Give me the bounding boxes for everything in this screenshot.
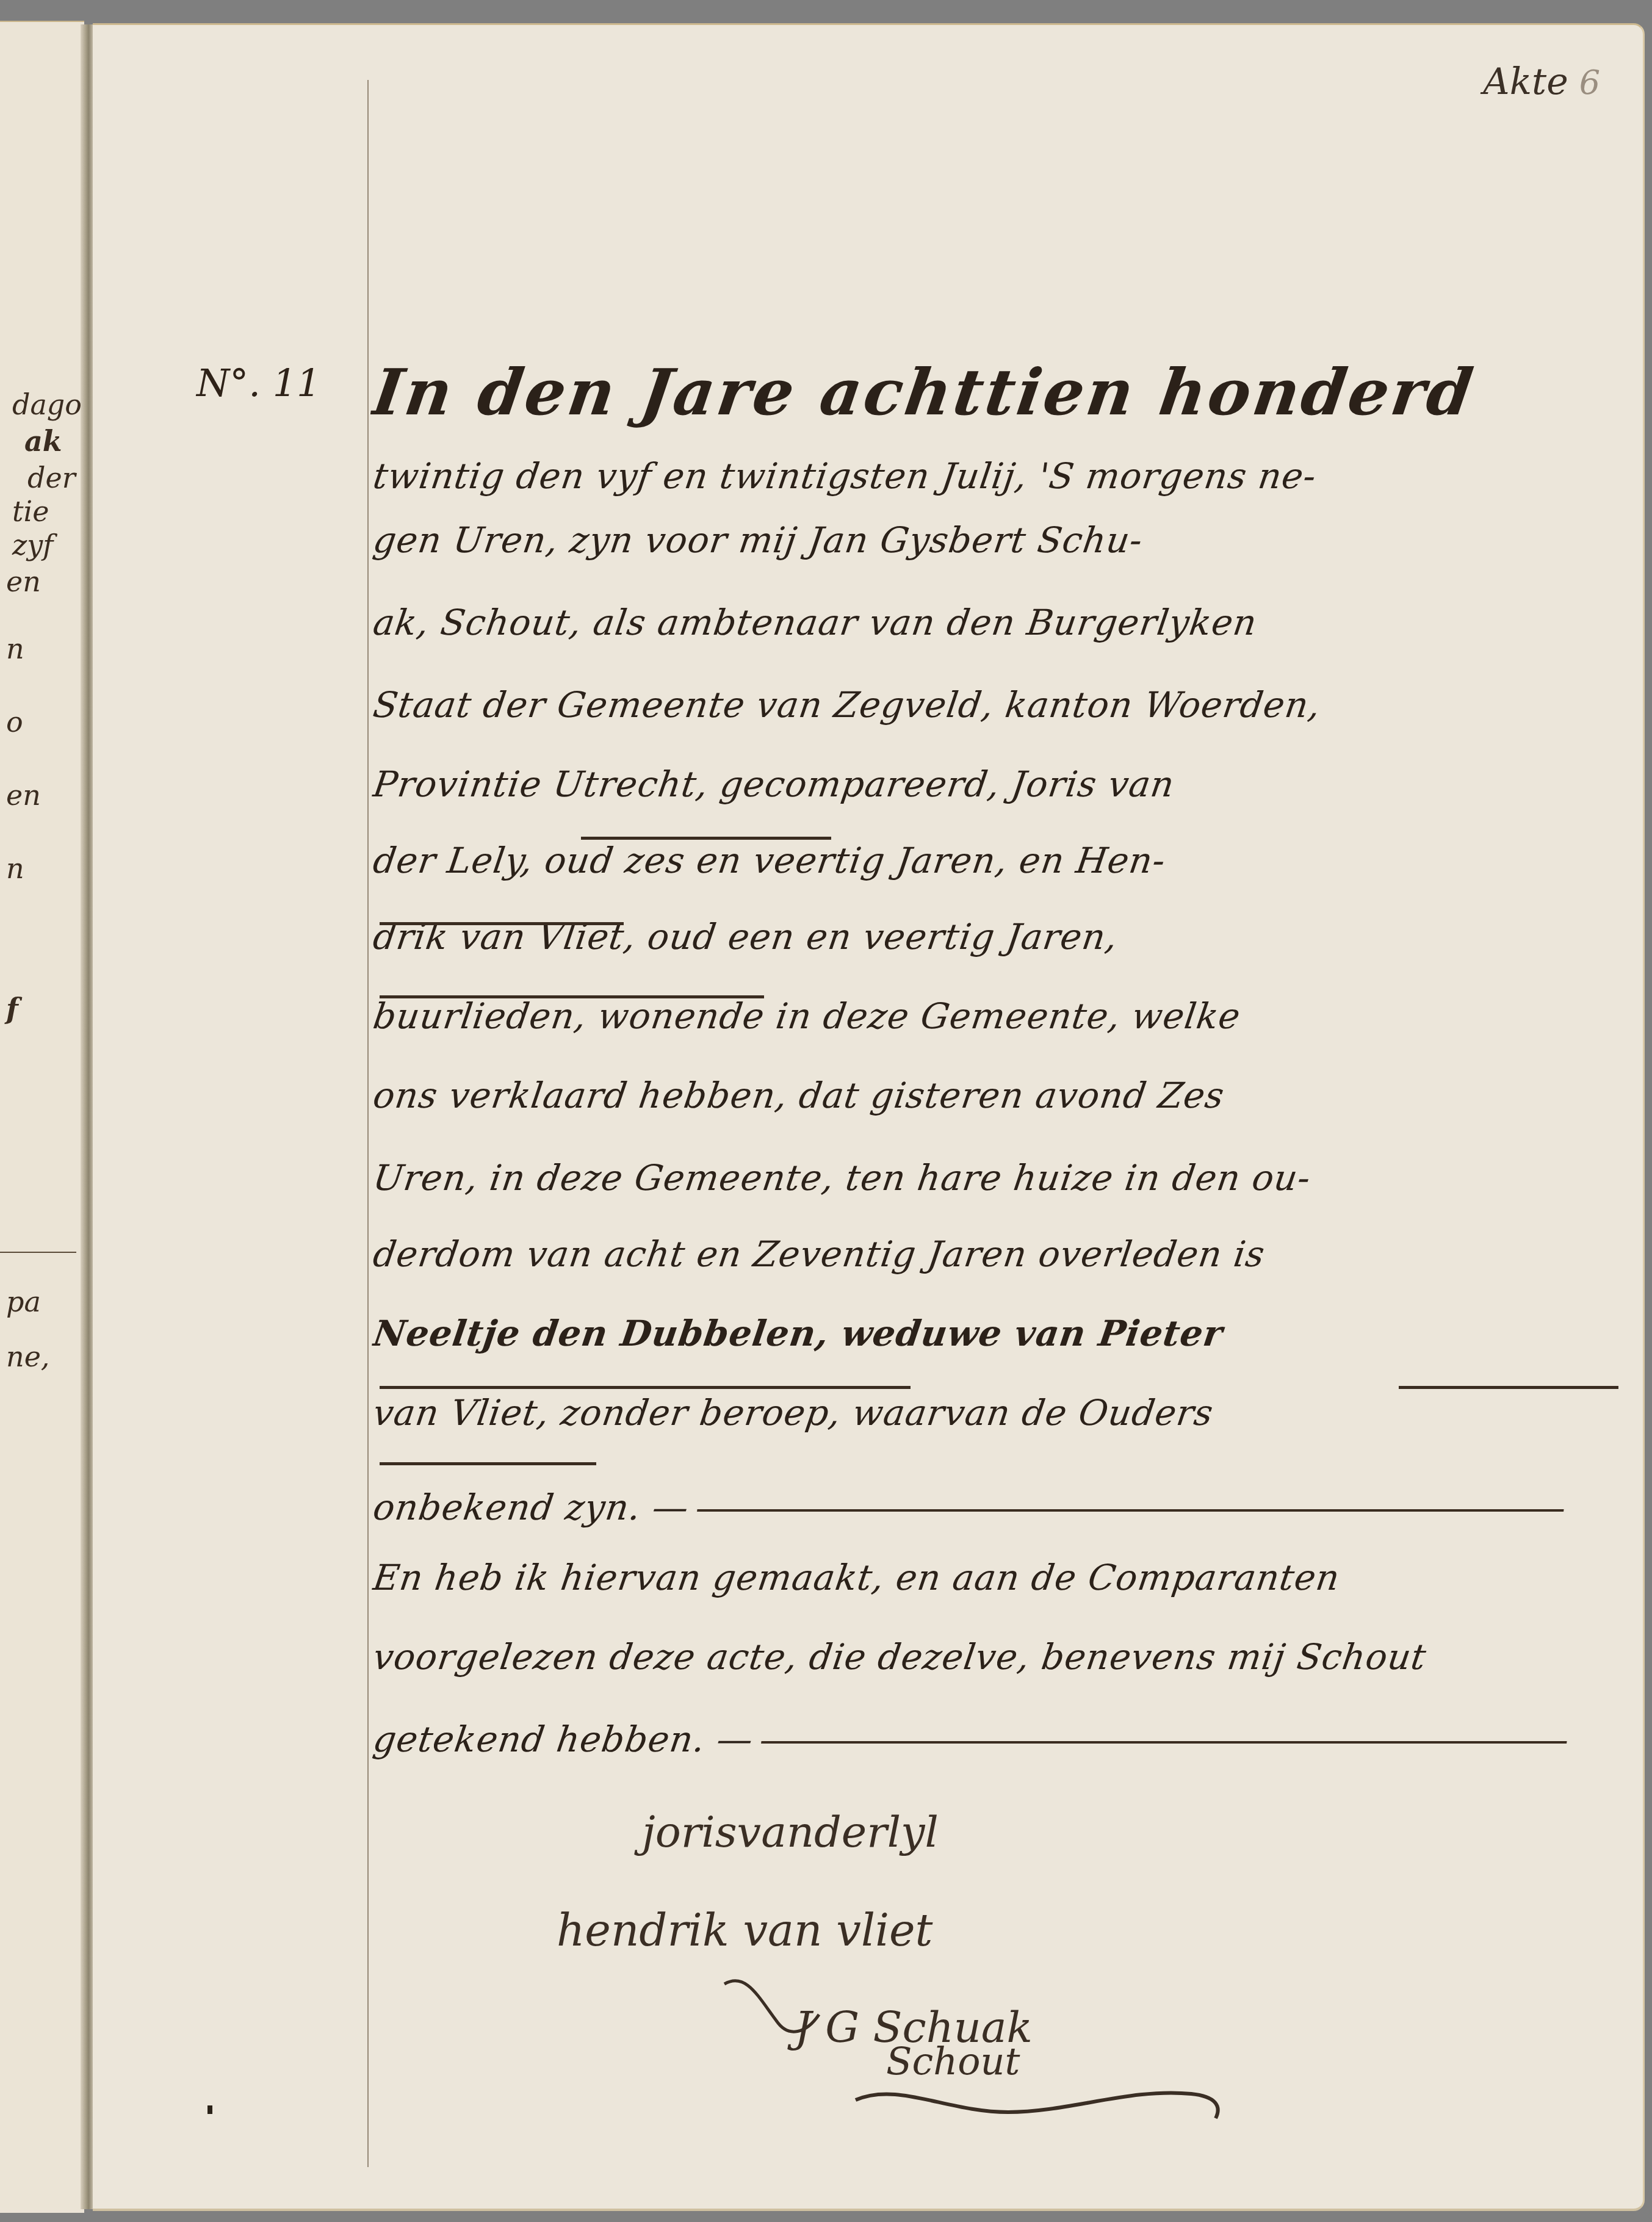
text-line-4: ak, Schout, als ambtenaar van den Burger… (370, 602, 1621, 643)
text-line-11: Uren, in deze Gemeente, ten hare huize i… (370, 1157, 1621, 1199)
name-underline (380, 1462, 596, 1465)
text-line-17: voorgelezen deze acte, die dezelve, bene… (370, 1636, 1621, 1678)
name-underline (581, 837, 831, 840)
left-fragment-text: pa (6, 1285, 41, 1318)
register-page: Akte6 N°. 11 In den Jare achttien honder… (93, 23, 1645, 2211)
left-fragment-text: ak (24, 425, 62, 458)
text-line-5: Staat der Gemeente van Zegveld, kanton W… (370, 684, 1621, 726)
text-line-18: getekend hebben. — (370, 1719, 1621, 1760)
name-underline (380, 995, 764, 998)
left-fragment-text: ne, (6, 1340, 49, 1373)
book-spine (81, 24, 94, 2209)
line-filler-dash (697, 1509, 1564, 1512)
text-line-10: ons verklaard hebben, dat gisteren avond… (370, 1075, 1621, 1116)
name-underline (1399, 1386, 1618, 1389)
left-fragment-text: dago (12, 388, 82, 421)
text-line-3: gen Uren, zyn voor mij Jan Gysbert Schu- (370, 519, 1621, 561)
previous-page-fragment: dago ak der tie zyf en n o en n f pa ne, (0, 21, 84, 2213)
left-fragment-text: en (6, 565, 41, 598)
left-fragment-text: o (6, 705, 23, 738)
text-line-9: buurlieden, wonende in deze Gemeente, we… (370, 995, 1621, 1037)
signature-witness-2: hendrik van vliet (557, 1905, 933, 1956)
text-line-13: Neeltje den Dubbelen, weduwe van Pieter (370, 1313, 1621, 1354)
left-fragment-text: n (6, 852, 24, 885)
text-line-7: der Lely, oud zes en veertig Jaren, en H… (370, 840, 1621, 881)
left-fragment-text: der (27, 461, 76, 494)
signature-flourish (849, 2076, 1228, 2130)
text-line-16: En heb ik hiervan gemaakt, en aan de Com… (370, 1557, 1621, 1598)
folio-page-number: 6 (1579, 63, 1600, 102)
text-line-15: onbekend zyn. — (370, 1487, 1621, 1528)
left-fragment-text: tie (12, 495, 49, 528)
name-underline (380, 922, 624, 925)
name-underline (380, 1386, 911, 1389)
left-fragment-text: f (6, 992, 18, 1025)
text-line-2: twintig den vyf en twintigsten Julij, 'S… (370, 455, 1621, 497)
ink-speck (207, 2105, 212, 2114)
act-number: N°. 11 (197, 361, 321, 405)
text-line-1: In den Jare achttien honderd (368, 355, 1623, 430)
folio-number: Akte6 (1483, 60, 1600, 103)
line-filler-dash (761, 1741, 1567, 1744)
text-line-12: derdom van acht en Zeventig Jaren overle… (370, 1233, 1621, 1275)
text-line-6: Provintie Utrecht, gecompareerd, Joris v… (370, 763, 1621, 805)
text-line-15-content: onbekend zyn. — (370, 1487, 691, 1528)
folio-label: Akte (1483, 60, 1568, 103)
margin-rule (367, 80, 369, 2167)
signature-flourish (721, 1972, 843, 2045)
left-fragment-text: zyf (12, 528, 53, 561)
left-fragment-text: en (6, 779, 41, 812)
rule-line (0, 1252, 76, 1253)
left-fragment-text: n (6, 632, 24, 665)
signature-witness-1: jorisvanderlyl (642, 1807, 939, 1857)
text-line-14: van Vliet, zonder beroep, waarvan de Oud… (370, 1392, 1621, 1434)
text-line-18-content: getekend hebben. — (370, 1719, 756, 1760)
text-line-3-content: gen Uren, zyn voor mij Jan Gysbert Schu- (370, 519, 1145, 561)
